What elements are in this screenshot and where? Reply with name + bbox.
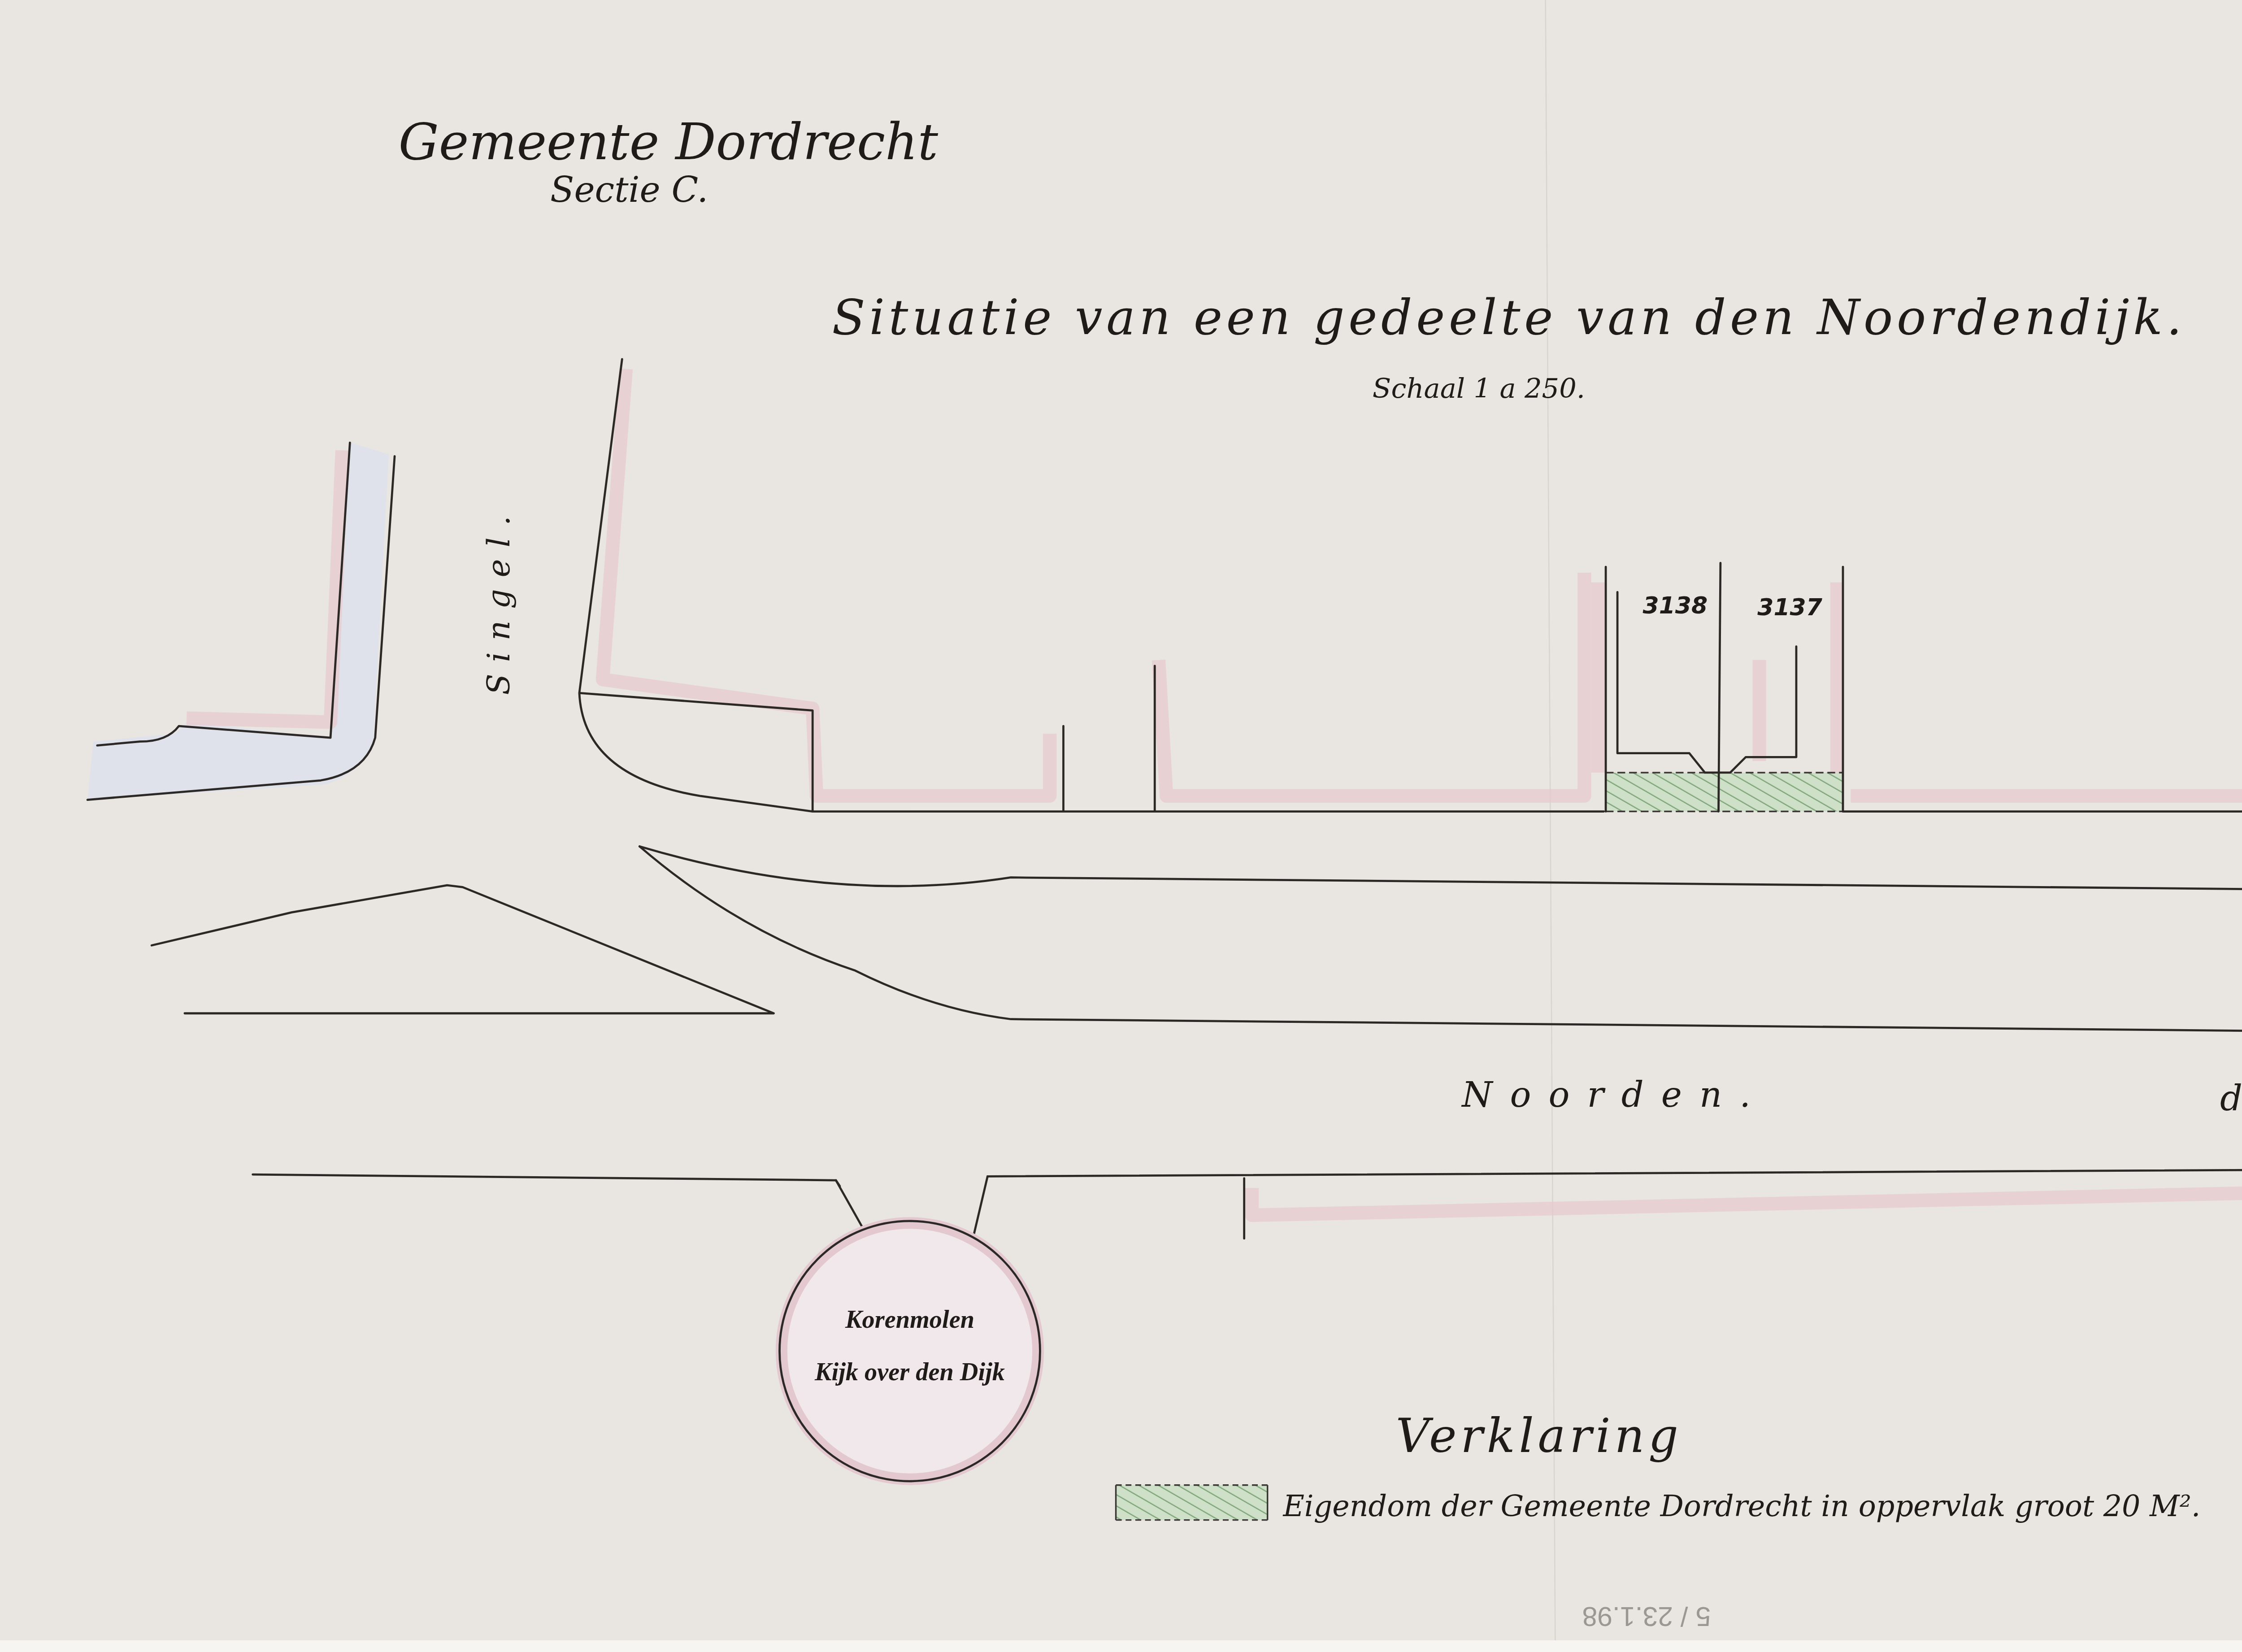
windmill-name: Kijk over den Dijk <box>814 1358 1005 1386</box>
windmill-site-wash <box>782 1223 1038 1479</box>
section-label: Sectie C. <box>550 170 708 210</box>
windmill-label: Korenmolen <box>845 1306 974 1334</box>
municipal-property-area <box>1606 773 1843 812</box>
street-label-noorden: Noorden. <box>1461 1075 1768 1115</box>
street-label-dijk: dijk. <box>2220 1078 2242 1119</box>
scale-label: Schaal 1 a 250. <box>1373 373 1585 404</box>
municipality-heading: Gemeente Dordrecht <box>399 112 939 171</box>
legend-swatch-municipal-property <box>1116 1485 1268 1520</box>
paper-background <box>0 0 2242 1640</box>
parcel-number-3138: 3138 <box>1642 592 1708 619</box>
map-canvas: Gemeente Dordrecht Sectie C. Situatie va… <box>0 0 2242 1652</box>
pencil-inventory-mark: 5 / 23.1.98 <box>1582 1601 1711 1632</box>
map-title: Situatie van een gedeelte van den Noorde… <box>832 289 2186 346</box>
legend-title: Verklaring <box>1396 1409 1682 1463</box>
legend-item-label: Eigendom der Gemeente Dordrecht in opper… <box>1282 1490 2200 1523</box>
map-sheet: Gemeente Dordrecht Sectie C. Situatie va… <box>0 0 2242 1652</box>
parcel-number-3137: 3137 <box>1757 594 1823 621</box>
street-label-singel: Singel. <box>481 504 517 695</box>
